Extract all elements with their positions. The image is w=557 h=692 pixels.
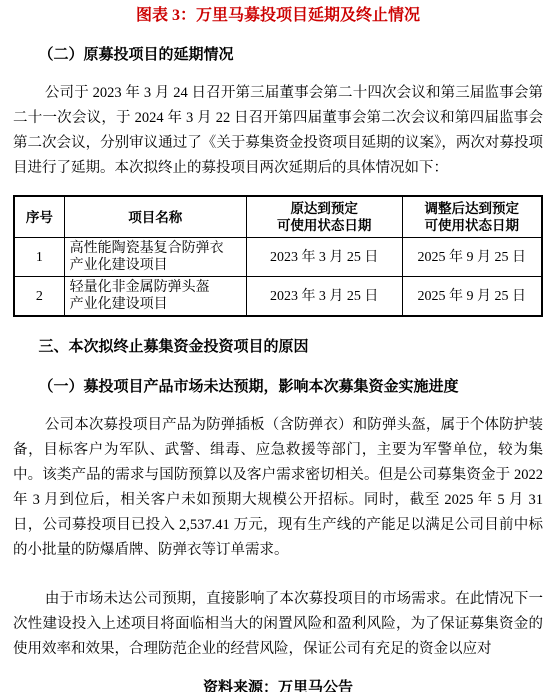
cell-row1-no: 1: [14, 238, 64, 277]
cell-row1-original-date: 2023 年 3 月 25 日: [246, 238, 402, 277]
cell-row1-adjusted-date: 2025 年 9 月 25 日: [402, 238, 542, 277]
heading-market-below-expectation: （一）募投项目产品市场未达预期，影响本次募集资金实施进度: [13, 378, 543, 397]
table-row: 1 高性能陶瓷基复合防弹衣 产业化建设项目 2023 年 3 月 25 日 20…: [14, 238, 542, 277]
paragraph-delay: 公司于 2023 年 3 月 24 日召开第三届董事会第二十四次会议和第三届监事…: [13, 81, 543, 181]
cell-row2-project-name: 轻量化非金属防弹头盔 产业化建设项目: [64, 277, 246, 317]
heading-termination-reason: 三、本次拟终止募集资金投资项目的原因: [13, 338, 543, 357]
cell-row2-no: 2: [14, 277, 64, 317]
table-header-original-date: 原达到预定 可使用状态日期: [246, 196, 402, 238]
paragraph-market-2: 由于市场未达公司预期，直接影响了本次募投项目的市场需求。在此情况下一次性建设投入…: [13, 587, 543, 662]
heading-delay-section: （二）原募投项目的延期情况: [13, 46, 543, 65]
table-row: 2 轻量化非金属防弹头盔 产业化建设项目 2023 年 3 月 25 日 202…: [14, 277, 542, 317]
table-header-adjusted-date: 调整后达到预定 可使用状态日期: [402, 196, 542, 238]
delay-table: 序号 项目名称 原达到预定 可使用状态日期 调整后达到预定 可使用状态日期 1 …: [13, 195, 543, 317]
table-header-row: 序号 项目名称 原达到预定 可使用状态日期 调整后达到预定 可使用状态日期: [14, 196, 542, 238]
document-page: 图表 3：万里马募投项目延期及终止情况 （二）原募投项目的延期情况 公司于 20…: [0, 0, 557, 692]
cell-row2-original-date: 2023 年 3 月 25 日: [246, 277, 402, 317]
paragraph-market-1: 公司本次募投项目产品为防弹插板（含防弹衣）和防弹头盔，属于个体防护装备，目标客户…: [13, 413, 543, 563]
figure-title: 图表 3：万里马募投项目延期及终止情况: [13, 6, 543, 25]
cell-row1-project-name: 高性能陶瓷基复合防弹衣 产业化建设项目: [64, 238, 246, 277]
table-header-project-name: 项目名称: [64, 196, 246, 238]
cell-row2-adjusted-date: 2025 年 9 月 25 日: [402, 277, 542, 317]
table-header-no: 序号: [14, 196, 64, 238]
source-note: 资料来源：万里马公告: [13, 679, 543, 692]
